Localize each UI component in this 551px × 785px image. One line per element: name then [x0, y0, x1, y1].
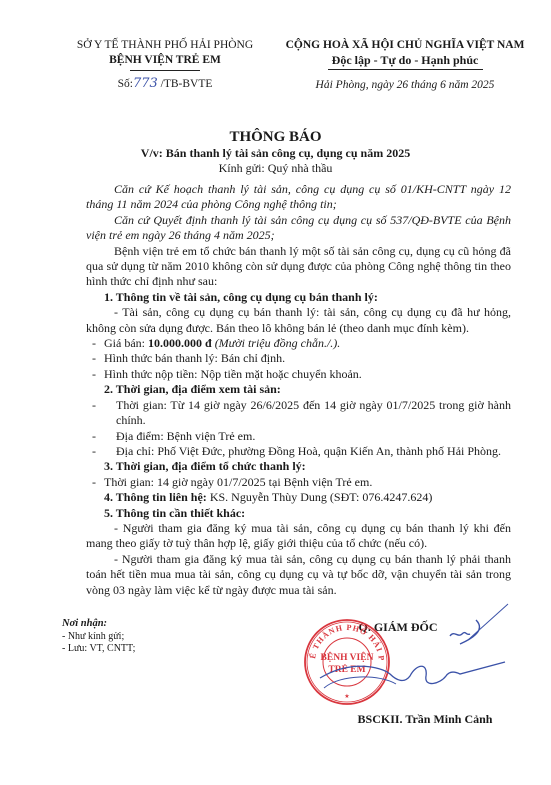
recipients-block: Nơi nhận: - Như kính gửi; - Lưu: VT, CNT…	[62, 618, 135, 656]
section-2-heading: 2. Thời gian, địa điểm xem tài sản:	[86, 382, 511, 397]
section-4-contact: 4. Thông tin liên hệ: KS. Nguyễn Thùy Du…	[86, 490, 511, 505]
section-1-heading: 1. Thông tin về tài sản, công cụ dụng cụ…	[86, 290, 511, 305]
handwritten-number: 773	[133, 76, 158, 91]
number-prefix: Số:	[118, 78, 133, 90]
document-number: Số:773 /TB-BVTE	[60, 76, 270, 92]
section-5-item: - Người tham gia đăng ký mua tài sản, cô…	[86, 521, 511, 552]
section-1-item: -Hình thức nộp tiền: Nộp tiền mặt hoặc c…	[86, 367, 511, 382]
greeting: Kính gửi: Quý nhà thầu	[0, 161, 551, 176]
legal-basis-1: Căn cứ Kế hoạch thanh lý tài sản, công c…	[86, 182, 511, 213]
number-suffix: /TB-BVTE	[158, 78, 213, 90]
section-3-item: -Thời gian: 14 giờ ngày 01/7/2025 tại Bệ…	[86, 475, 511, 490]
section-2-item: -Địa điểm: Bệnh viện Trẻ em.	[86, 429, 511, 444]
recipients-label: Nơi nhận:	[62, 618, 135, 631]
issuer-parent-org: SỞ Y TẾ THÀNH PHỐ HẢI PHÒNG	[60, 38, 270, 53]
section-1-item: -Hình thức bán thanh lý: Bán chỉ định.	[86, 351, 511, 366]
section-3-heading: 3. Thời gian, địa điểm tổ chức thanh lý:	[86, 459, 511, 474]
recipient-item: - Như kính gửi;	[62, 631, 135, 644]
signer-name: BSCKII. Trần Minh Cảnh	[330, 712, 520, 727]
recipient-item: - Lưu: VT, CNTT;	[62, 643, 135, 656]
section-1-item: - Tài sản, công cụ dụng cụ bán thanh lý:…	[86, 305, 511, 336]
country-name: CỘNG HOÀ XÃ HỘI CHỦ NGHĨA VIỆT NAM	[275, 38, 535, 53]
section-5-heading: 5. Thông tin cần thiết khác:	[86, 506, 511, 521]
divider	[130, 70, 200, 71]
document-subject: V/v: Bán thanh lý tài sản công cụ, dụng …	[0, 146, 551, 161]
issuer-block: SỞ Y TẾ THÀNH PHỐ HẢI PHÒNG BỆNH VIỆN TR…	[60, 38, 270, 92]
issuer-org: BỆNH VIỆN TRẺ EM	[60, 53, 270, 68]
issue-date: Hải Phòng, ngày 26 tháng 6 năm 2025	[275, 78, 535, 93]
section-1-price: -Giá bán: 10.000.000 đ (Mười triệu đồng …	[86, 336, 511, 351]
document-title: THÔNG BÁO	[0, 128, 551, 146]
intro-paragraph: Bệnh viện trẻ em tổ chức bán thanh lý mộ…	[86, 244, 511, 290]
national-header: CỘNG HOÀ XÃ HỘI CHỦ NGHĨA VIỆT NAM Độc l…	[275, 38, 535, 93]
document-body: Căn cứ Kế hoạch thanh lý tài sản, công c…	[86, 182, 511, 598]
legal-basis-2: Căn cứ Quyết định thanh lý tài sản công …	[86, 213, 511, 244]
divider	[328, 69, 483, 70]
section-2-item: -Địa chỉ: Phố Việt Đức, phường Đồng Hoà,…	[86, 444, 511, 459]
national-motto: Độc lập - Tự do - Hạnh phúc	[275, 53, 535, 68]
section-2-item: -Thời gian: Từ 14 giờ ngày 26/6/2025 đến…	[86, 398, 511, 429]
handwritten-signature-icon	[300, 600, 510, 710]
title-block: THÔNG BÁO V/v: Bán thanh lý tài sản công…	[0, 128, 551, 176]
section-5-item: - Người tham gia đăng ký mua tài sản, cô…	[86, 552, 511, 598]
